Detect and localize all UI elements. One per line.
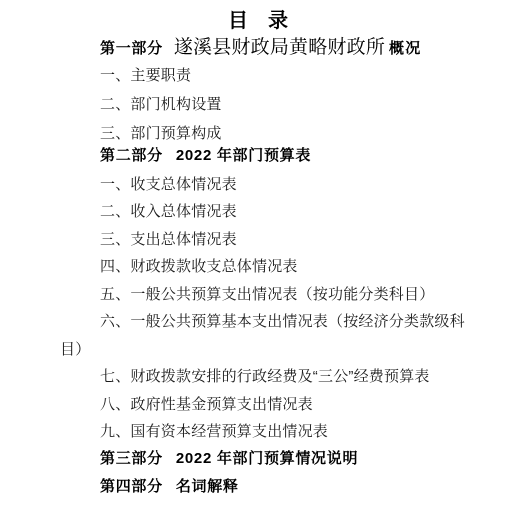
toc-item-s2-5: 五、一般公共预算支出情况表（按功能分类科目） xyxy=(60,286,516,304)
toc-part1-heading: 第一部分遂溪县财政局黄略财政所概况 xyxy=(60,36,516,61)
toc-item-s2-7: 七、财政拨款安排的行政经费及“三公”经费预算表 xyxy=(60,368,516,386)
toc-item-s2-3: 三、支出总体情况表 xyxy=(60,231,516,249)
part3-title: 2022 年部门预算情况说明 xyxy=(176,450,358,467)
part1-label: 第一部分 xyxy=(100,40,163,57)
part2-title: 2022 年部门预算表 xyxy=(176,147,311,164)
toc-part2-heading: 第二部分2022 年部门预算表 xyxy=(60,147,516,165)
part2-label: 第二部分 xyxy=(100,147,163,164)
toc-item-s2-9: 九、国有资本经营预算支出情况表 xyxy=(60,423,516,441)
toc-item-s2-8: 八、政府性基金预算支出情况表 xyxy=(60,396,516,414)
document-page: { "doc": { "title": "目 录" }, "toc": { "p… xyxy=(0,0,516,513)
part1-department-name: 遂溪县财政局黄略财政所 xyxy=(174,37,385,58)
toc-item-s2-6: 六、一般公共预算基本支出情况表（按经济分类款级科 xyxy=(60,313,516,331)
part4-title: 名词解释 xyxy=(176,478,239,495)
toc-item-s1-1: 一、主要职责 xyxy=(60,67,516,85)
part4-label: 第四部分 xyxy=(100,478,163,495)
toc-part3-heading: 第三部分2022 年部门预算情况说明 xyxy=(60,450,516,468)
part3-label: 第三部分 xyxy=(100,450,163,467)
toc-page: 目 录 第一部分遂溪县财政局黄略财政所概况 一、主要职责 二、部门机构设置 三、… xyxy=(0,0,516,513)
page-title: 目 录 xyxy=(0,9,516,33)
toc-item-s1-3: 三、部门预算构成 xyxy=(60,125,516,143)
toc-item-s1-2: 二、部门机构设置 xyxy=(60,96,516,114)
toc-item-s2-4: 四、财政拨款收支总体情况表 xyxy=(60,258,516,276)
toc-part4-heading: 第四部分名词解释 xyxy=(60,478,516,496)
toc-item-s2-6-continuation: 目） xyxy=(60,341,480,359)
toc-item-s2-1: 一、收支总体情况表 xyxy=(60,176,516,194)
toc-item-s2-2: 二、收入总体情况表 xyxy=(60,203,516,221)
part1-suffix: 概况 xyxy=(389,40,421,57)
